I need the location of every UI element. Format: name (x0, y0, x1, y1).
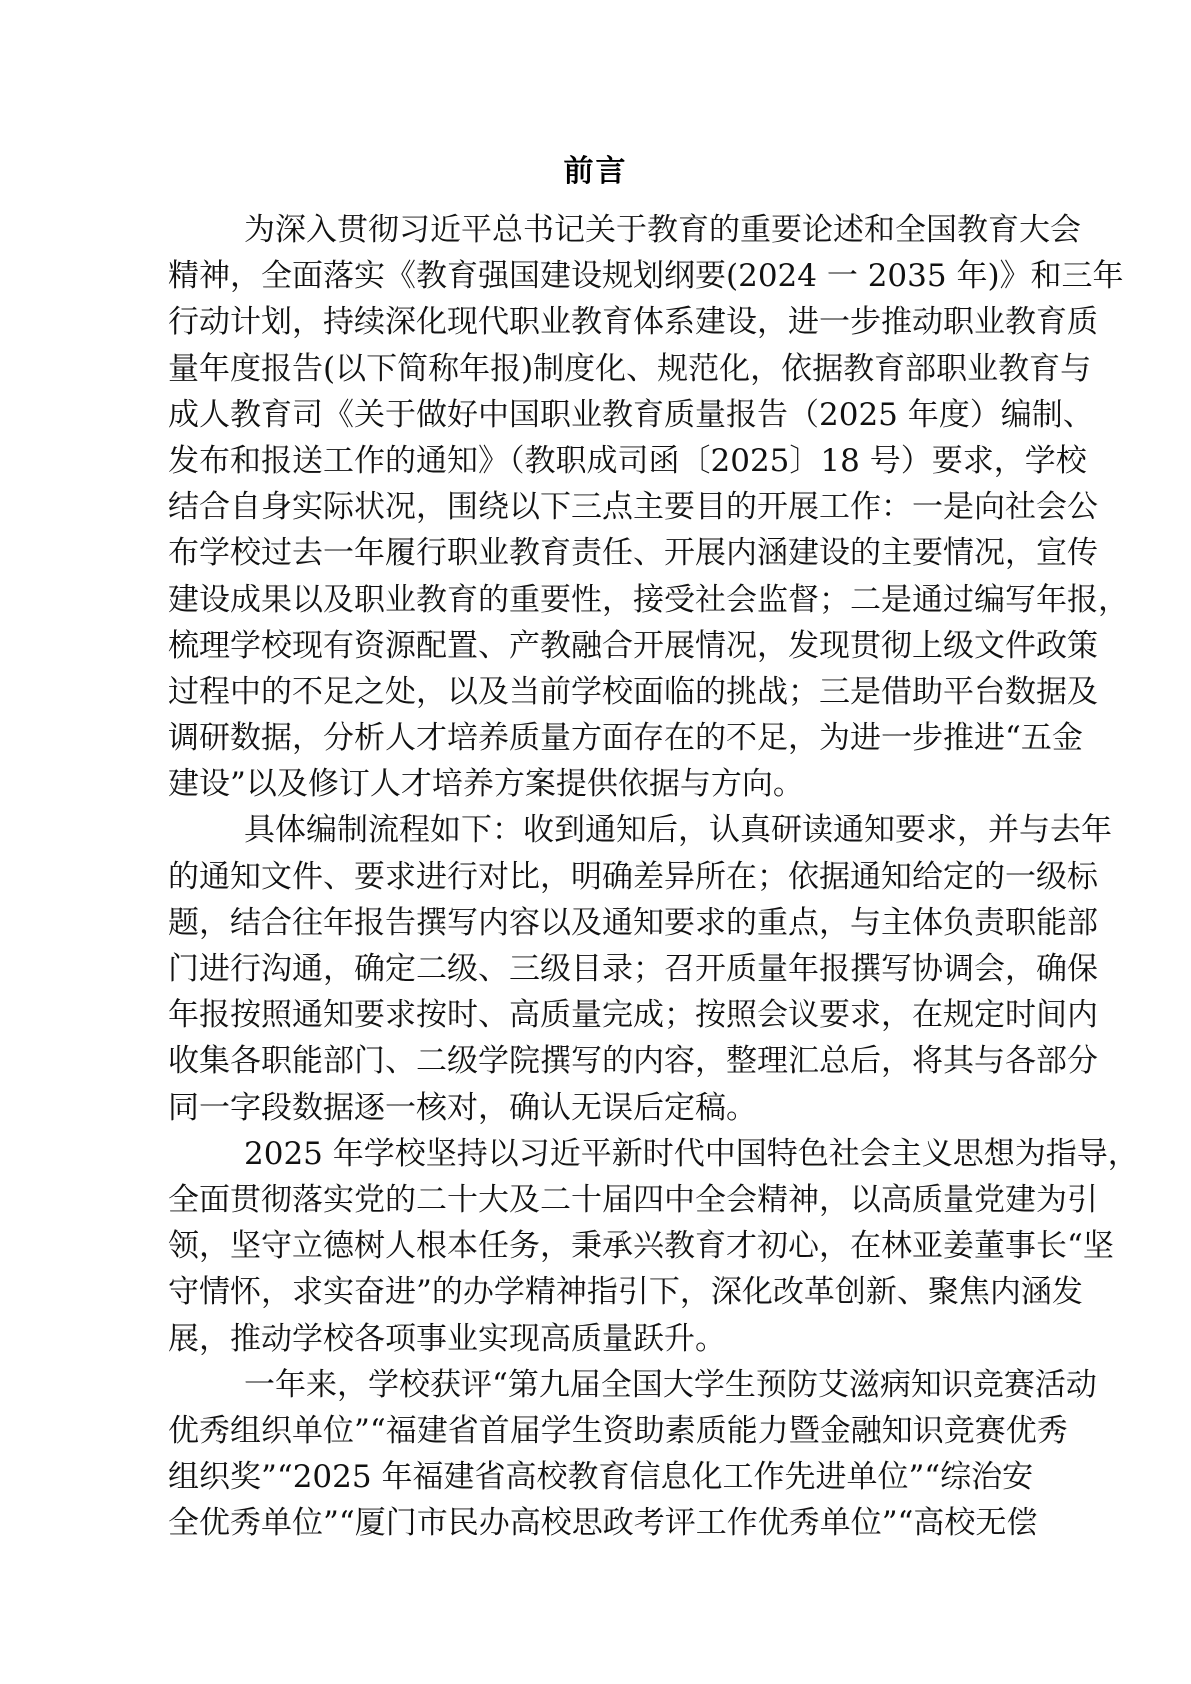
text-line: 行动计划，持续深化现代职业教育体系建设，进一步推动职业教育质 (168, 299, 1011, 345)
text-line: 2025 年学校坚持以习近平新时代中国特色社会主义思想为指导， (168, 1131, 1011, 1177)
paragraph-awards: 一年来，学校获评“第九届全国大学生预防艾滋病知识竞赛活动 优秀组织单位”“福建省… (168, 1362, 1011, 1547)
text-line: 同一字段数据逐一核对，确认无误后定稿。 (168, 1085, 1011, 1131)
text-line: 梳理学校现有资源配置、产教融合开展情况，发现贯彻上级文件政策 (168, 623, 1011, 669)
text-line: 题，结合往年报告撰写内容以及通知要求的重点，与主体负责职能部 (168, 900, 1011, 946)
text-line: 建设”以及修订人才培养方案提供依据与方向。 (168, 761, 1011, 807)
text-line: 成人教育司《关于做好中国职业教育质量报告（2025 年度）编制、 (168, 392, 1011, 438)
text-line: 为深入贯彻习近平总书记关于教育的重要论述和全国教育大会 (168, 207, 1011, 253)
paragraph-compilation-process: 具体编制流程如下：收到通知后，认真研读通知要求，并与去年 的通知文件、要求进行对… (168, 807, 1011, 1130)
body-text: 为深入贯彻习近平总书记关于教育的重要论述和全国教育大会 精神，全面落实《教育强国… (168, 207, 1011, 1546)
text-line: 量年度报告(以下简称年报)制度化、规范化，依据教育部职业教育与 (168, 346, 1011, 392)
text-line: 守情怀，求实奋进”的办学精神指引下，深化改革创新、聚焦内涵发 (168, 1269, 1011, 1315)
text-line: 收集各职能部门、二级学院撰写的内容，整理汇总后，将其与各部分 (168, 1038, 1011, 1084)
text-line: 布学校过去一年履行职业教育责任、开展内涵建设的主要情况，宣传 (168, 530, 1011, 576)
text-line: 具体编制流程如下：收到通知后，认真研读通知要求，并与去年 (168, 807, 1011, 853)
paragraph-preface-purpose: 为深入贯彻习近平总书记关于教育的重要论述和全国教育大会 精神，全面落实《教育强国… (168, 207, 1011, 807)
text-line: 组织奖”“2025 年福建省高校教育信息化工作先进单位”“综治安 (168, 1454, 1011, 1500)
text-line: 发布和报送工作的通知》（教职成司函〔2025〕18 号）要求，学校 (168, 438, 1011, 484)
text-line: 展，推动学校各项事业实现高质量跃升。 (168, 1316, 1011, 1362)
text-line: 精神，全面落实《教育强国建设规划纲要(2024 一 2035 年)》和三年 (168, 253, 1011, 299)
text-line: 全优秀单位”“厦门市民办高校思政考评工作优秀单位”“高校无偿 (168, 1500, 1011, 1546)
text-line: 优秀组织单位”“福建省首届学生资助素质能力暨金融知识竞赛优秀 (168, 1408, 1011, 1454)
document-page: 前言 为深入贯彻习近平总书记关于教育的重要论述和全国教育大会 精神，全面落实《教… (0, 0, 1191, 1684)
text-line: 全面贯彻落实党的二十大及二十届四中全会精神，以高质量党建为引 (168, 1177, 1011, 1223)
text-line: 结合自身实际状况，围绕以下三点主要目的开展工作：一是向社会公 (168, 484, 1011, 530)
text-line: 年报按照通知要求按时、高质量完成；按照会议要求，在规定时间内 (168, 992, 1011, 1038)
text-line: 过程中的不足之处，以及当前学校面临的挑战；三是借助平台数据及 (168, 669, 1011, 715)
page-title: 前言 (0, 150, 1191, 194)
text-line: 建设成果以及职业教育的重要性，接受社会监督；二是通过编写年报， (168, 577, 1011, 623)
text-line: 的通知文件、要求进行对比，明确差异所在；依据通知给定的一级标 (168, 854, 1011, 900)
text-line: 调研数据，分析人才培养质量方面存在的不足，为进一步推进“五金 (168, 715, 1011, 761)
text-line: 门进行沟通，确定二级、三级目录；召开质量年报撰写协调会，确保 (168, 946, 1011, 992)
text-line: 一年来，学校获评“第九届全国大学生预防艾滋病知识竞赛活动 (168, 1362, 1011, 1408)
text-line: 领，坚守立德树人根本任务，秉承兴教育才初心，在林亚姜董事长“坚 (168, 1223, 1011, 1269)
paragraph-2025-overview: 2025 年学校坚持以习近平新时代中国特色社会主义思想为指导， 全面贯彻落实党的… (168, 1131, 1011, 1362)
